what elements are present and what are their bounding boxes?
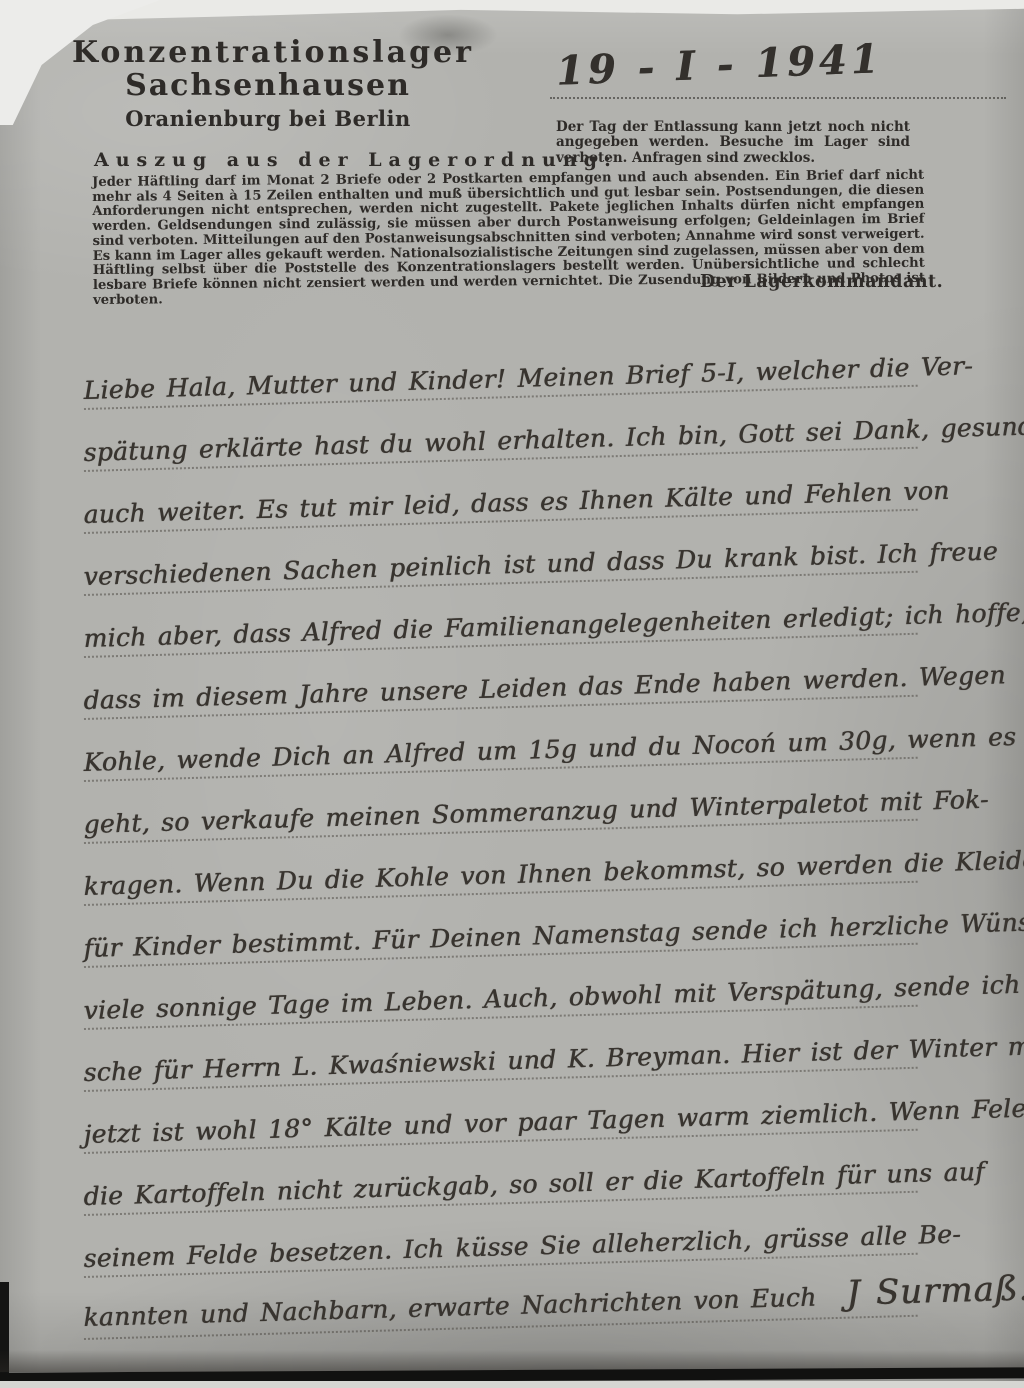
commandant-signoff: Der Lagerkommandant. [700, 272, 943, 292]
letter-lines: Liebe Hala, Mutter und Kinder! Meinen Br… [84, 348, 944, 1340]
scanner-background-bottom [0, 1381, 1024, 1388]
signature: J Surmaß. [816, 1269, 1024, 1315]
regulations-heading: Auszug aus der Lagerordnung: [94, 149, 618, 171]
date-dotted-rule [550, 97, 1006, 99]
scanned-letter: Konzentrationslager Sachsenhausen Oranie… [0, 0, 1024, 1388]
letterhead-location: Oranienburg bei Berlin [72, 106, 464, 131]
letter-line-text: kannten und Nachbarn, erwarte Nachrichte… [83, 1272, 918, 1340]
letterhead-camp-name-2: Sachsenhausen [72, 69, 464, 102]
letterhead: Konzentrationslager Sachsenhausen Oranie… [72, 36, 464, 131]
letterhead-camp-name: Konzentrationslager [72, 36, 464, 69]
torn-top-edge [0, 0, 1024, 22]
handwritten-date: 19 - I - 1941 [555, 36, 857, 94]
